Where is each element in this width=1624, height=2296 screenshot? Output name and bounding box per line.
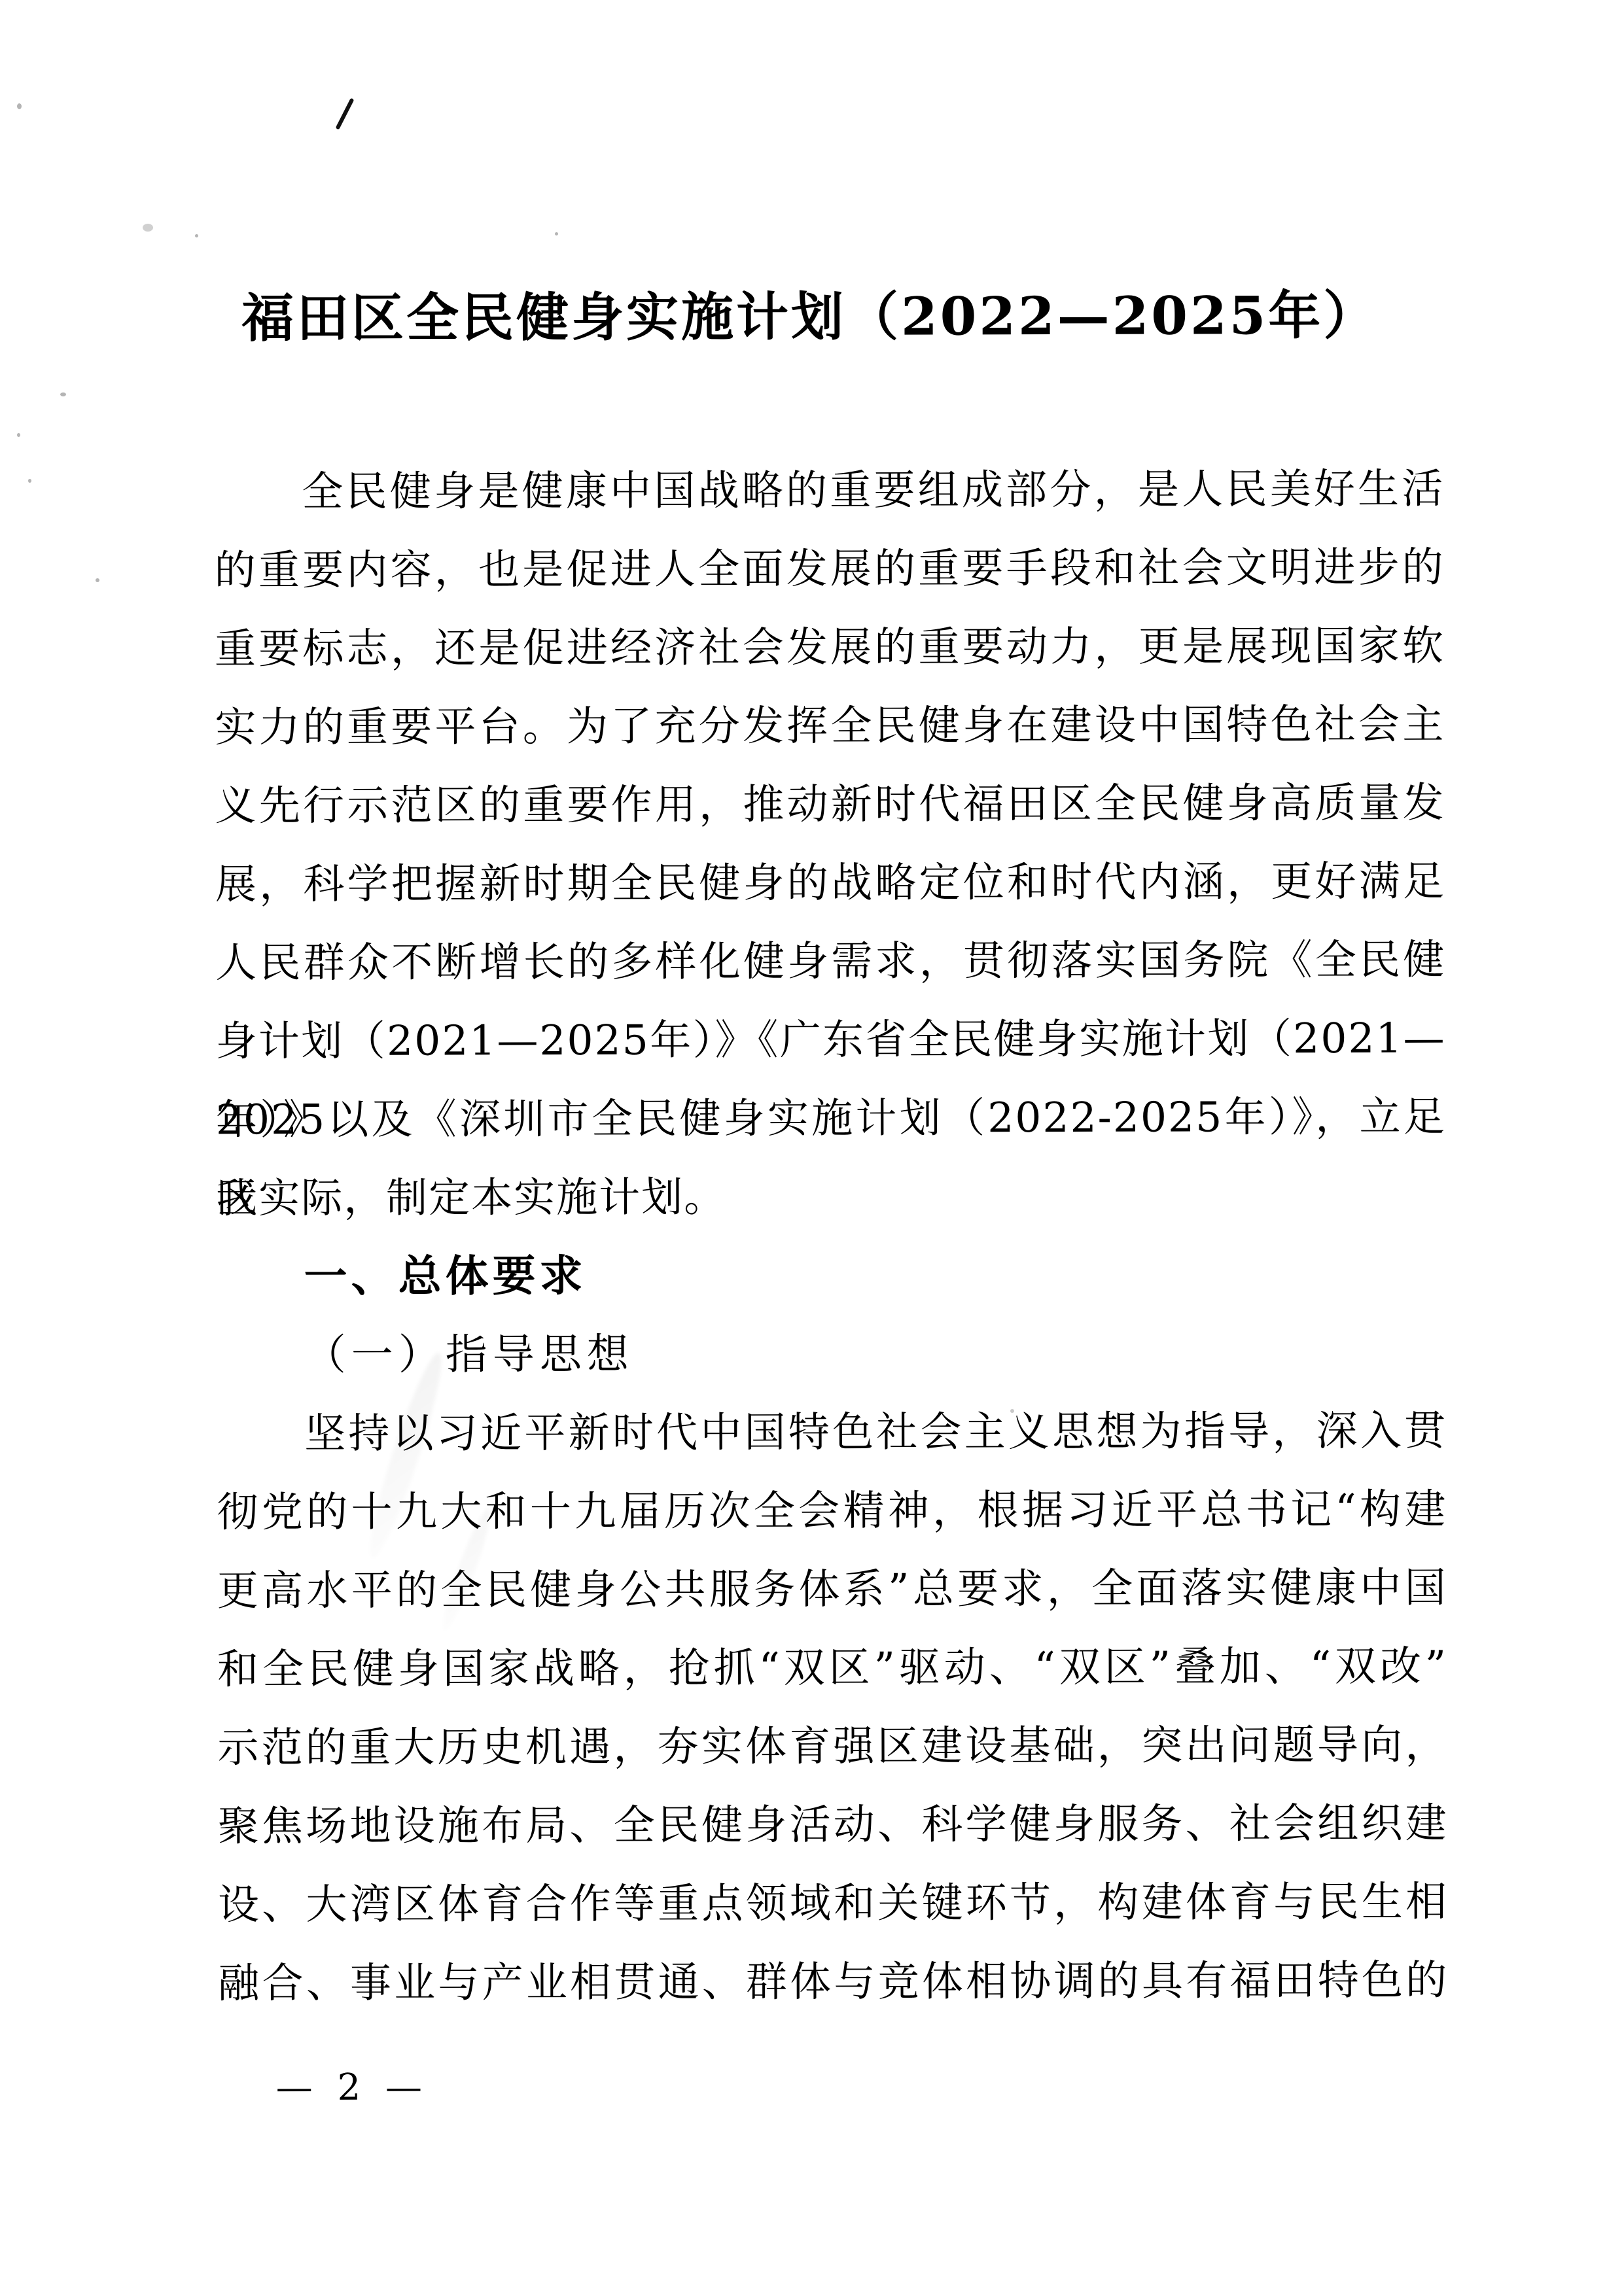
document-content: 福田区全民健身实施计划（2022—2025年） 全民健身是健康中国战略的重要组成… (0, 0, 1624, 2296)
body-line: 示范的重大历史机遇，夯实体育强区建设基础，突出问题导向， (217, 1705, 1447, 1787)
subsection-heading: （一）指导思想 (217, 1313, 1447, 1395)
body-line: 坚持以习近平新时代中国特色社会主义思想为指导，深入贯 (217, 1391, 1447, 1473)
body-line: 更高水平的全民健身公共服务体系”总要求，全面落实健康中国 (217, 1548, 1447, 1630)
body-line: 设、大湾区体育合作等重点领域和关键环节，构建体育与民生相 (218, 1862, 1448, 1944)
body-line: 义先行示范区的重要作用，推动新时代福田区全民健身高质量发 (215, 763, 1445, 845)
body-line: 身计划（2021—2025年）》《广东省全民健身实施计划（2021—2025 (215, 999, 1445, 1081)
body-line: 融合、事业与产业相贯通、群体与竞体相协调的具有福田特色的 (218, 1941, 1448, 2023)
document-body: 全民健身是健康中国战略的重要组成部分，是人民美好生活 的重要内容，也是促进人全面… (214, 449, 1448, 2023)
body-line: 重要标志，还是促进经济社会发展的重要动力，更是展现国家软 (215, 606, 1445, 688)
body-line: 聚焦场地设施布局、全民健身活动、科学健身服务、社会组织建 (218, 1784, 1448, 1866)
body-line: 年）》以及《深圳市全民健身实施计划（2022-2025年）》，立足我 (216, 1077, 1446, 1159)
body-line: 的重要内容，也是促进人全面发展的重要手段和社会文明进步的 (215, 528, 1445, 610)
page-number: — 2 — (276, 2062, 429, 2115)
document-title: 福田区全民健身实施计划（2022—2025年） (0, 273, 1622, 352)
section-heading: 一、总体要求 (216, 1234, 1446, 1316)
body-line: 区实际，制定本实施计划。 (216, 1156, 1446, 1238)
body-line: 展，科学把握新时期全民健身的战略定位和时代内涵，更好满足 (215, 842, 1445, 924)
body-line: 人民群众不断增长的多样化健身需求，贯彻落实国务院《全民健 (215, 920, 1445, 1002)
document-page: 福田区全民健身实施计划（2022—2025年） 全民健身是健康中国战略的重要组成… (0, 0, 1624, 2296)
body-line: 彻党的十九大和十九届历次全会精神，根据习近平总书记“构建 (217, 1470, 1447, 1552)
body-line: 和全民健身国家战略，抢抓“双区”驱动、“双区”叠加、“双改” (217, 1627, 1447, 1709)
body-line: 全民健身是健康中国战略的重要组成部分，是人民美好生活 (214, 449, 1444, 531)
body-line: 实力的重要平台。为了充分发挥全民健身在建设中国特色社会主 (215, 685, 1445, 767)
